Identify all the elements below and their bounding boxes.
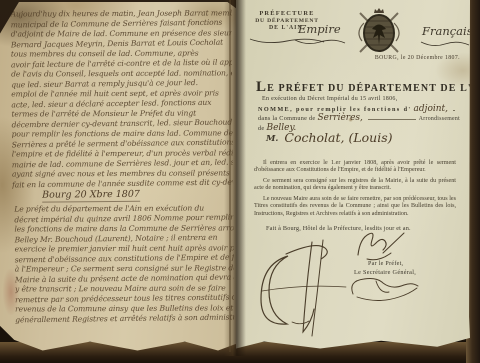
left-page-date-line: Bourg 20 Xbre 1807 (42, 189, 140, 203)
francais-word: Français. (422, 24, 476, 38)
act-title: LE PRÉFET DU DÉPARTEMENT DE L'AIN, (256, 79, 464, 96)
left-page-handwritten-paragraph: Aujourd'huy dix heures de matin, Jean Jo… (11, 8, 234, 192)
clause-paragraph: Le nouveau Maire aura soin de se faire r… (254, 196, 456, 218)
appointee-name-handwritten: Cocholat, (Louis) (284, 130, 392, 145)
appointee-name-row: M. Cocholat, (Louis) (266, 129, 395, 144)
par-le-prefet-label: Par le Préfet, (368, 261, 403, 267)
clause-paragraph: Il entrera en exercice le 1.er janvier 1… (254, 160, 456, 175)
de-printed-text: de (258, 125, 264, 132)
clause-paragraph: Ce serment sera consigné sur les registr… (254, 178, 456, 193)
blank-fill-line (368, 118, 416, 120)
prefect-signature (354, 230, 412, 262)
commune-row: dans la Commune de Serrières, Arrondisse… (258, 112, 460, 122)
empire-word: Empire (298, 22, 341, 36)
commune-printed-text: dans la Commune de (258, 115, 315, 122)
faded-red-stamp-mark (3, 269, 19, 315)
monsieur-label: M. (266, 134, 278, 144)
handwritten-line: générallement Registres et arrêtés relat… (15, 313, 234, 326)
empire-swash-underline (294, 37, 346, 45)
execution-line: En exécution du Décret Impérial du 15 av… (262, 96, 398, 102)
printed-clauses: Il entrera en exercice le 1.er janvier 1… (254, 160, 456, 222)
gutter-shadow (224, 0, 246, 356)
bourg-dateline: BOURG, le 20 Décembre 1807. (375, 55, 460, 61)
francais-swash-underline (420, 39, 470, 47)
secretaire-general-label: Le Secrétaire Général, (354, 269, 416, 276)
registration-paraphe (248, 234, 360, 344)
left-page-content: Aujourd'huy dix heures de matin, Jean Jo… (0, 1, 239, 355)
right-page-content: PRÉFECTURE DU DÉPARTEMENT DE L'AIN. Empi… (236, 0, 470, 352)
right-page: PRÉFECTURE DU DÉPARTEMENT DE L'AIN. Empi… (236, 0, 470, 352)
photograph-of-open-register: Aujourd'huy dix heures de matin, Jean Jo… (0, 0, 480, 363)
left-page: Aujourd'huy dix heures de matin, Jean Jo… (0, 2, 237, 354)
imperial-eagle-emblem (350, 6, 408, 58)
stamp-line-1: PRÉFECTURE (244, 10, 330, 17)
left-page-handwritten-copy-of-decree: Le préfet du département de l'Ain en exé… (14, 203, 234, 327)
blank-fill-line (453, 109, 455, 111)
